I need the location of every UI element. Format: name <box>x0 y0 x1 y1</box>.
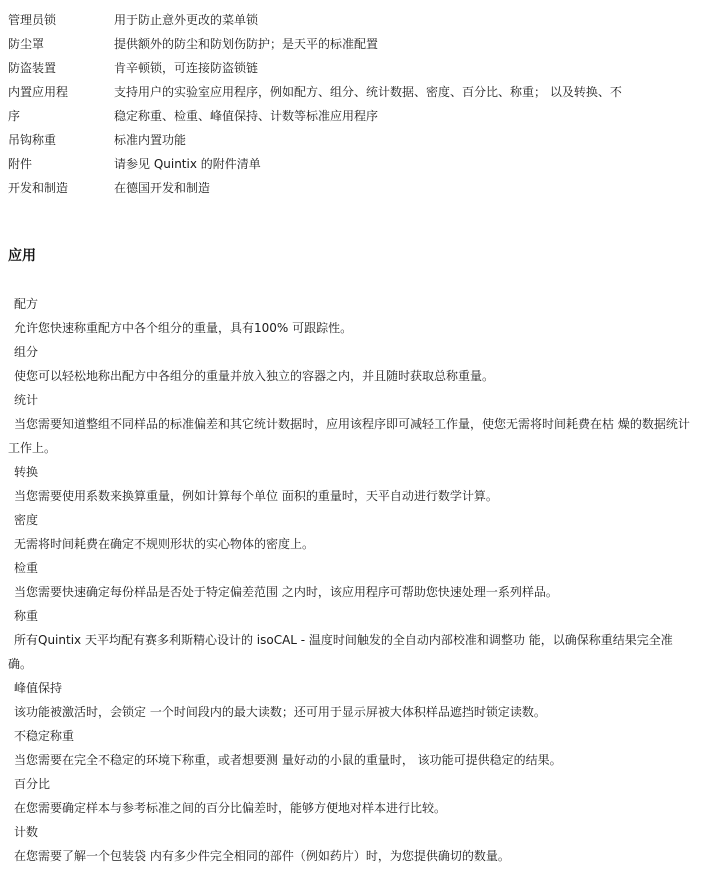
application-description: 当您需要在完全不稳定的环境下称重，或者想要测 量好动的小鼠的重量时， 该功能可提… <box>8 748 692 772</box>
application-title: 检重 <box>8 556 692 580</box>
spec-value: 在德国开发和制造 <box>114 176 708 200</box>
spec-row-manufacturing: 开发和制造 在德国开发和制造 <box>8 176 708 200</box>
application-item-formulation: 配方 允许您快速称重配方中各个组分的重量，具有100% 可跟踪性。 <box>8 292 692 340</box>
application-title: 转换 <box>8 460 692 484</box>
application-description: 当您需要知道整组不同样品的标准偏差和其它统计数据时，应用该程序即可减轻工作量，使… <box>8 412 692 460</box>
spec-value: 肯辛顿锁，可连接防盗锁链 <box>114 56 708 80</box>
spec-label: 吊钩称重 <box>8 128 114 152</box>
application-title: 称重 <box>8 604 692 628</box>
application-title: 配方 <box>8 292 692 316</box>
application-title: 统计 <box>8 388 692 412</box>
spec-label: 内置应用程 <box>8 80 114 104</box>
spec-label: 管理员锁 <box>8 8 114 32</box>
application-title: 组分 <box>8 340 692 364</box>
application-description: 在您需要了解一个包装袋 内有多少件完全相同的部件（例如药片）时，为您提供确切的数… <box>8 844 692 868</box>
spec-value: 标准内置功能 <box>114 128 708 152</box>
spec-label: 开发和制造 <box>8 176 114 200</box>
spec-value: 提供额外的防尘和防划伤防护；是天平的标准配置 <box>114 32 708 56</box>
application-item-unstable-weighing: 不稳定称重 当您需要在完全不稳定的环境下称重，或者想要测 量好动的小鼠的重量时，… <box>8 724 692 772</box>
spec-value: 请参见 Quintix 的附件清单 <box>114 152 708 176</box>
application-item-statistics: 统计 当您需要知道整组不同样品的标准偏差和其它统计数据时，应用该程序即可减轻工作… <box>8 388 692 460</box>
application-title: 不稳定称重 <box>8 724 692 748</box>
application-description: 当您需要使用系数来换算重量，例如计算每个单位 面积的重量时，天平自动进行数学计算… <box>8 484 692 508</box>
spec-label: 附件 <box>8 152 114 176</box>
application-description: 无需将时间耗费在确定不规则形状的实心物体的密度上。 <box>8 532 692 556</box>
applications-list: 配方 允许您快速称重配方中各个组分的重量，具有100% 可跟踪性。 组分 使您可… <box>8 292 692 868</box>
application-item-checkweighing: 检重 当您需要快速确定每份样品是否处于特定偏差范围 之内时，该应用程序可帮助您快… <box>8 556 692 604</box>
application-description: 允许您快速称重配方中各个组分的重量，具有100% 可跟踪性。 <box>8 316 692 340</box>
spec-label: 序 <box>8 104 114 128</box>
application-item-percentage: 百分比 在您需要确定样本与参考标准之间的百分比偏差时，能够方便地对样本进行比较。 <box>8 772 692 820</box>
spec-value: 稳定称重、检重、峰值保持、计数等标准应用程序 <box>114 104 708 128</box>
application-title: 峰值保持 <box>8 676 692 700</box>
spec-value: 用于防止意外更改的菜单锁 <box>114 8 708 32</box>
spec-row-below-balance-weighing: 吊钩称重 标准内置功能 <box>8 128 708 152</box>
application-description: 使您可以轻松地称出配方中各组分的重量并放入独立的容器之内，并且随时获取总称重量。 <box>8 364 692 388</box>
spec-row-anti-theft: 防盗装置 肯辛顿锁，可连接防盗锁链 <box>8 56 708 80</box>
application-item-density: 密度 无需将时间耗费在确定不规则形状的实心物体的密度上。 <box>8 508 692 556</box>
application-description: 所有Quintix 天平均配有赛多利斯精心设计的 isoCAL - 温度时间触发… <box>8 628 692 676</box>
application-title: 百分比 <box>8 772 692 796</box>
spec-label: 防盗装置 <box>8 56 114 80</box>
spec-row-builtin-apps: 内置应用程 支持用户的实验室应用程序，例如配方、组分、统计数据、密度、百分比、称… <box>8 80 708 104</box>
application-item-components: 组分 使您可以轻松地称出配方中各组分的重量并放入独立的容器之内，并且随时获取总称… <box>8 340 692 388</box>
application-item-conversion: 转换 当您需要使用系数来换算重量，例如计算每个单位 面积的重量时，天平自动进行数… <box>8 460 692 508</box>
application-item-peak-hold: 峰值保持 该功能被激活时，会锁定 一个时间段内的最大读数；还可用于显示屏被大体积… <box>8 676 692 724</box>
application-item-counting: 计数 在您需要了解一个包装袋 内有多少件完全相同的部件（例如药片）时，为您提供确… <box>8 820 692 868</box>
application-item-weighing: 称重 所有Quintix 天平均配有赛多利斯精心设计的 isoCAL - 温度时… <box>8 604 692 676</box>
spec-label: 防尘罩 <box>8 32 114 56</box>
spec-table: 管理员锁 用于防止意外更改的菜单锁 防尘罩 提供额外的防尘和防划伤防护；是天平的… <box>8 8 708 200</box>
application-description: 在您需要确定样本与参考标准之间的百分比偏差时，能够方便地对样本进行比较。 <box>8 796 692 820</box>
spec-row-builtin-apps-cont: 序 稳定称重、检重、峰值保持、计数等标准应用程序 <box>8 104 708 128</box>
spec-row-admin-lock: 管理员锁 用于防止意外更改的菜单锁 <box>8 8 708 32</box>
application-title: 计数 <box>8 820 692 844</box>
application-description: 该功能被激活时，会锁定 一个时间段内的最大读数；还可用于显示屏被大体积样品遮挡时… <box>8 700 692 724</box>
section-heading-applications: 应用 <box>8 244 36 268</box>
application-description: 当您需要快速确定每份样品是否处于特定偏差范围 之内时，该应用程序可帮助您快速处理… <box>8 580 692 604</box>
spec-row-accessories: 附件 请参见 Quintix 的附件清单 <box>8 152 708 176</box>
spec-row-dust-cover: 防尘罩 提供额外的防尘和防划伤防护；是天平的标准配置 <box>8 32 708 56</box>
application-title: 密度 <box>8 508 692 532</box>
spec-value: 支持用户的实验室应用程序，例如配方、组分、统计数据、密度、百分比、称重； 以及转… <box>114 80 708 104</box>
